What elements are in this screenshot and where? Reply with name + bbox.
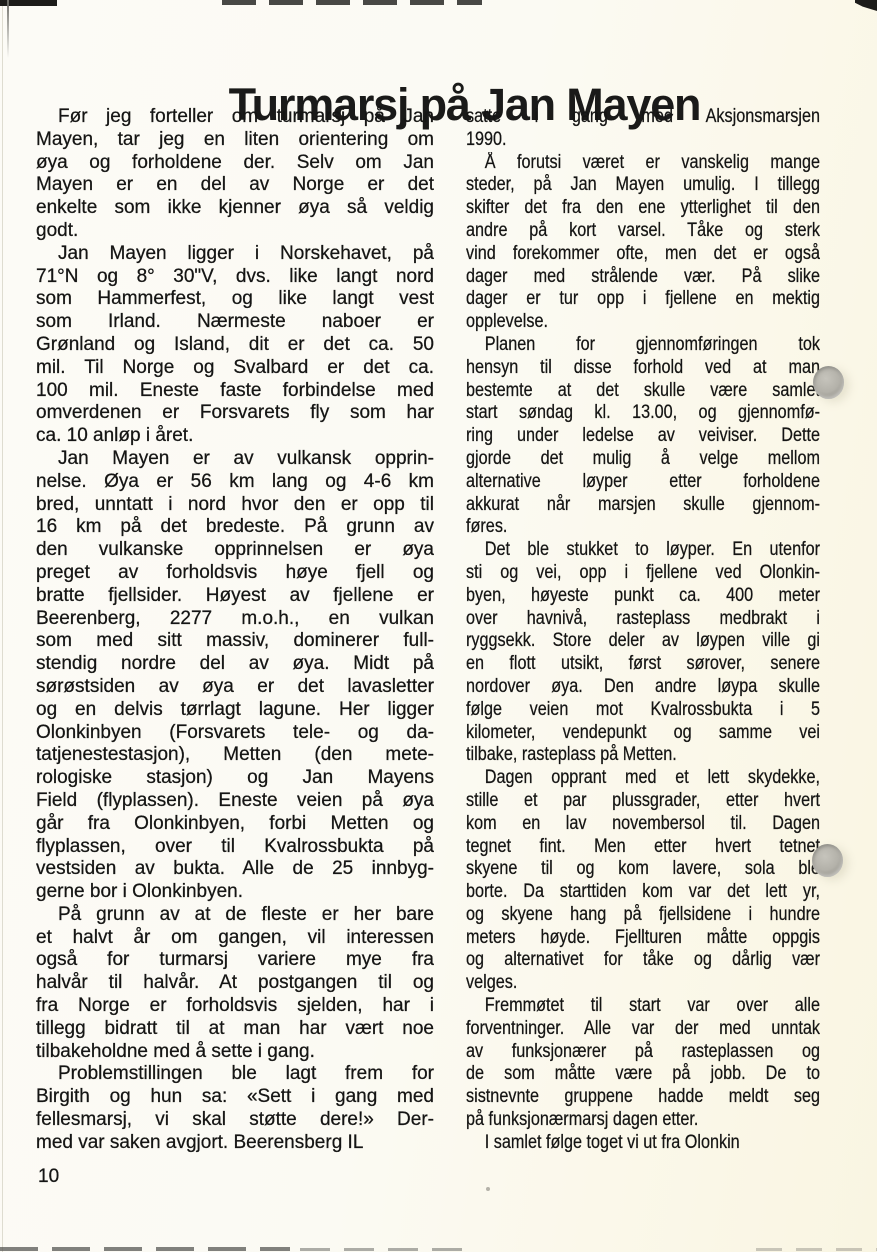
text-line: Dagen opprant med et lett skydekke,: [466, 767, 820, 790]
text-line: godt.: [36, 220, 434, 243]
text-line: Beerenberg, 2277 m.o.h., en vulkan: [36, 608, 434, 631]
text-line: Grønland og Island, dit er det ca. 50: [36, 334, 434, 357]
text-line: Field (flyplassen). Eneste veien på øya: [36, 790, 434, 813]
page-number: 10: [38, 1166, 59, 1189]
text-line: enkelte som ikke kjenner øya så veldig: [36, 197, 434, 220]
text-line: kom en lav novembersol til. Dagen: [466, 813, 820, 836]
text-line: en flott utsikt, først sørover, senere: [466, 653, 820, 676]
text-line: tillegg bidratt til at man har vært noe: [36, 1018, 434, 1041]
text-line: og alternativet for tåke og dårlig vær: [466, 949, 820, 972]
text-line: Birgith og hun sa: «Sett i gang med: [36, 1086, 434, 1109]
text-line: start søndag kl. 13.00, og gjennomfø-: [466, 402, 820, 425]
text-line: gerne bor i Olonkinbyen.: [36, 881, 434, 904]
text-line: øya og forholdene der. Selv om Jan: [36, 152, 434, 175]
text-line: bestemte at det skulle være samlet: [466, 380, 820, 403]
text-line: 16 km på det bredeste. På grunn av: [36, 516, 434, 539]
text-line: den vulkanske opprinnelsen er øya: [36, 539, 434, 562]
text-line: Planen for gjennomføringen tok: [466, 334, 820, 357]
text-line: I samlet følge toget vi ut fra Olonkin: [466, 1132, 820, 1155]
text-line: vestsiden av bukta. Alle de 25 innbyg-: [36, 858, 434, 881]
text-line: sørøstsiden av øya er det lavasletter: [36, 676, 434, 699]
text-line: og en delvis tørrlagt lagune. Her ligger: [36, 699, 434, 722]
text-line: nordover øya. Den andre løypa skulle: [466, 676, 820, 699]
text-line: stendig nordre del av øya. Midt på: [36, 653, 434, 676]
article-column-left: Før jeg forteller om turmarsj på JanMaye…: [36, 106, 434, 1155]
text-line: byen, høyeste punkt ca. 400 meter: [466, 585, 820, 608]
text-line: Fremmøtet til start var over alle: [466, 995, 820, 1018]
text-line: ryggsekk. Store deler av løypen ville gi: [466, 630, 820, 653]
text-line: sti og vei, opp i fjellene ved Olonkin-: [466, 562, 820, 585]
text-line: dager med strålende vær. På slike: [466, 266, 820, 289]
text-line: dager er tur opp i fjellene en mektig: [466, 288, 820, 311]
text-line: sistnevnte gruppene hadde meldt seg: [466, 1086, 820, 1109]
text-line: fellesmarsj, vi skal støtte dere!» Der-: [36, 1109, 434, 1132]
text-line: kilometer, vendepunkt og samme vei: [466, 722, 820, 745]
text-line: går fra Olonkinbyen, forbi Metten og: [36, 813, 434, 836]
text-line: 71°N og 8° 30"V, dvs. like langt nord: [36, 266, 434, 289]
text-line: satte i gang med Aksjonsmarsjen: [466, 106, 820, 129]
text-line: omverdenen er Forsvarets fly som har: [36, 402, 434, 425]
text-line: over havnivå, rasteplass medbrakt i: [466, 608, 820, 631]
text-line: også for turmarsj variere mye fra: [36, 949, 434, 972]
text-line: bratte fjellsider. Høyest av fjellene er: [36, 585, 434, 608]
article-column-right: satte i gang med Aksjonsmarsjen1990.Å fo…: [466, 106, 820, 1155]
scan-artifact-top-right-corner: [855, 0, 877, 11]
text-line: mil. Til Norge og Svalbard er det ca.: [36, 357, 434, 380]
text-line: akkurat når marsjen skulle gjennom-: [466, 494, 820, 517]
text-line: 1990.: [466, 129, 820, 152]
text-line: som med sitt massiv, dominerer full-: [36, 630, 434, 653]
text-line: Før jeg forteller om turmarsj på Jan: [36, 106, 434, 129]
text-line: tilbake, rasteplass på Metten.: [466, 744, 820, 767]
text-line: velges.: [466, 972, 820, 995]
hole-punch-icon: [813, 366, 844, 399]
text-line: stille et par plussgrader, etter hvert: [466, 790, 820, 813]
text-line: nelse. Øya er 56 km lang og 4-6 km: [36, 471, 434, 494]
text-line: som Hammerfest, og like langt vest: [36, 288, 434, 311]
text-line: Problemstillingen ble lagt frem for: [36, 1063, 434, 1086]
text-line: skifter det fra den ene ytterlighet til …: [466, 197, 820, 220]
text-line: som Irland. Nærmeste naboer er: [36, 311, 434, 334]
text-line: tatjenestestasjon), Metten (den mete-: [36, 744, 434, 767]
text-line: tilbakeholdne med å sette i gang.: [36, 1041, 434, 1064]
text-line: alternative løyper etter forholdene: [466, 471, 820, 494]
text-line: bred, unntatt i nord hvor den er opp til: [36, 494, 434, 517]
text-line: følge veien mot Kvalrossbukta i 5: [466, 699, 820, 722]
text-line: meters høyde. Fjellturen måtte oppgis: [466, 927, 820, 950]
scan-speck: [486, 1187, 490, 1191]
text-line: Mayen, tar jeg en liten orientering om: [36, 129, 434, 152]
scan-artifact-top-left-line: [7, 0, 9, 58]
text-line: borte. Da starttiden kom var det lett yr…: [466, 881, 820, 904]
text-line: På grunn av at de fleste er her bare: [36, 904, 434, 927]
text-line: av funksjonærer på rasteplassen og: [466, 1041, 820, 1064]
text-line: skyene til og kom lavere, sola ble: [466, 858, 820, 881]
text-line: fra Norge er forholdsvis sjelden, har i: [36, 995, 434, 1018]
hole-punch-icon: [812, 844, 843, 877]
text-line: føres.: [466, 516, 820, 539]
scanned-document-page: Turmarsj på Jan Mayen Før jeg forteller …: [0, 0, 877, 1252]
paper-left-edge-line: [2, 0, 3, 1252]
text-line: gjorde det mulig å velge mellom: [466, 448, 820, 471]
scan-artifact-top-cutoff-text: [222, 0, 482, 5]
text-line: andre på kort varsel. Tåke og sterk: [466, 220, 820, 243]
text-line: med var saken avgjort. Beerensberg IL: [36, 1132, 434, 1155]
text-line: Mayen er en del av Norge er det: [36, 174, 434, 197]
text-line: et halvt år om gangen, vil interessen: [36, 927, 434, 950]
text-line: forventninger. Alle var der med unntak: [466, 1018, 820, 1041]
text-line: Jan Mayen er av vulkansk opprin-: [36, 448, 434, 471]
text-line: ring under ledelse av veiviser. Dette: [466, 425, 820, 448]
text-line: på funksjonærmarsj dagen etter.: [466, 1109, 820, 1132]
scan-artifact-bottom-line-left: [0, 1247, 290, 1251]
text-line: flyplassen, over til Kvalrossbukta på: [36, 836, 434, 859]
text-line: rologiske stasjon) og Jan Mayens: [36, 767, 434, 790]
text-line: vind forekommer ofte, men det er også: [466, 243, 820, 266]
text-line: Det ble stukket to løyper. En utenfor: [466, 539, 820, 562]
text-line: Å forutsi været er vanskelig mange: [466, 152, 820, 175]
text-line: tegnet fint. Men etter hvert tetnet: [466, 836, 820, 859]
text-line: og skyene hang på fjellsidene i hundre: [466, 904, 820, 927]
text-line: halvår til halvår. At postgangen til og: [36, 972, 434, 995]
text-line: 100 mil. Eneste faste forbindelse med: [36, 380, 434, 403]
text-line: ca. 10 anløp i året.: [36, 425, 434, 448]
scan-artifact-bottom-line-right: [756, 1248, 877, 1251]
text-line: opplevelse.: [466, 311, 820, 334]
text-line: Jan Mayen ligger i Norskehavet, på: [36, 243, 434, 266]
text-line: de som måtte være på jobb. De to: [466, 1063, 820, 1086]
text-line: hensyn til disse forhold ved at man: [466, 357, 820, 380]
text-line: Olonkinbyen (Forsvarets tele- og da-: [36, 722, 434, 745]
text-line: preget av forholdsvis høye fjell og: [36, 562, 434, 585]
text-line: steder, på Jan Mayen umulig. I tillegg: [466, 174, 820, 197]
scan-artifact-bottom-line-mid: [300, 1248, 475, 1251]
